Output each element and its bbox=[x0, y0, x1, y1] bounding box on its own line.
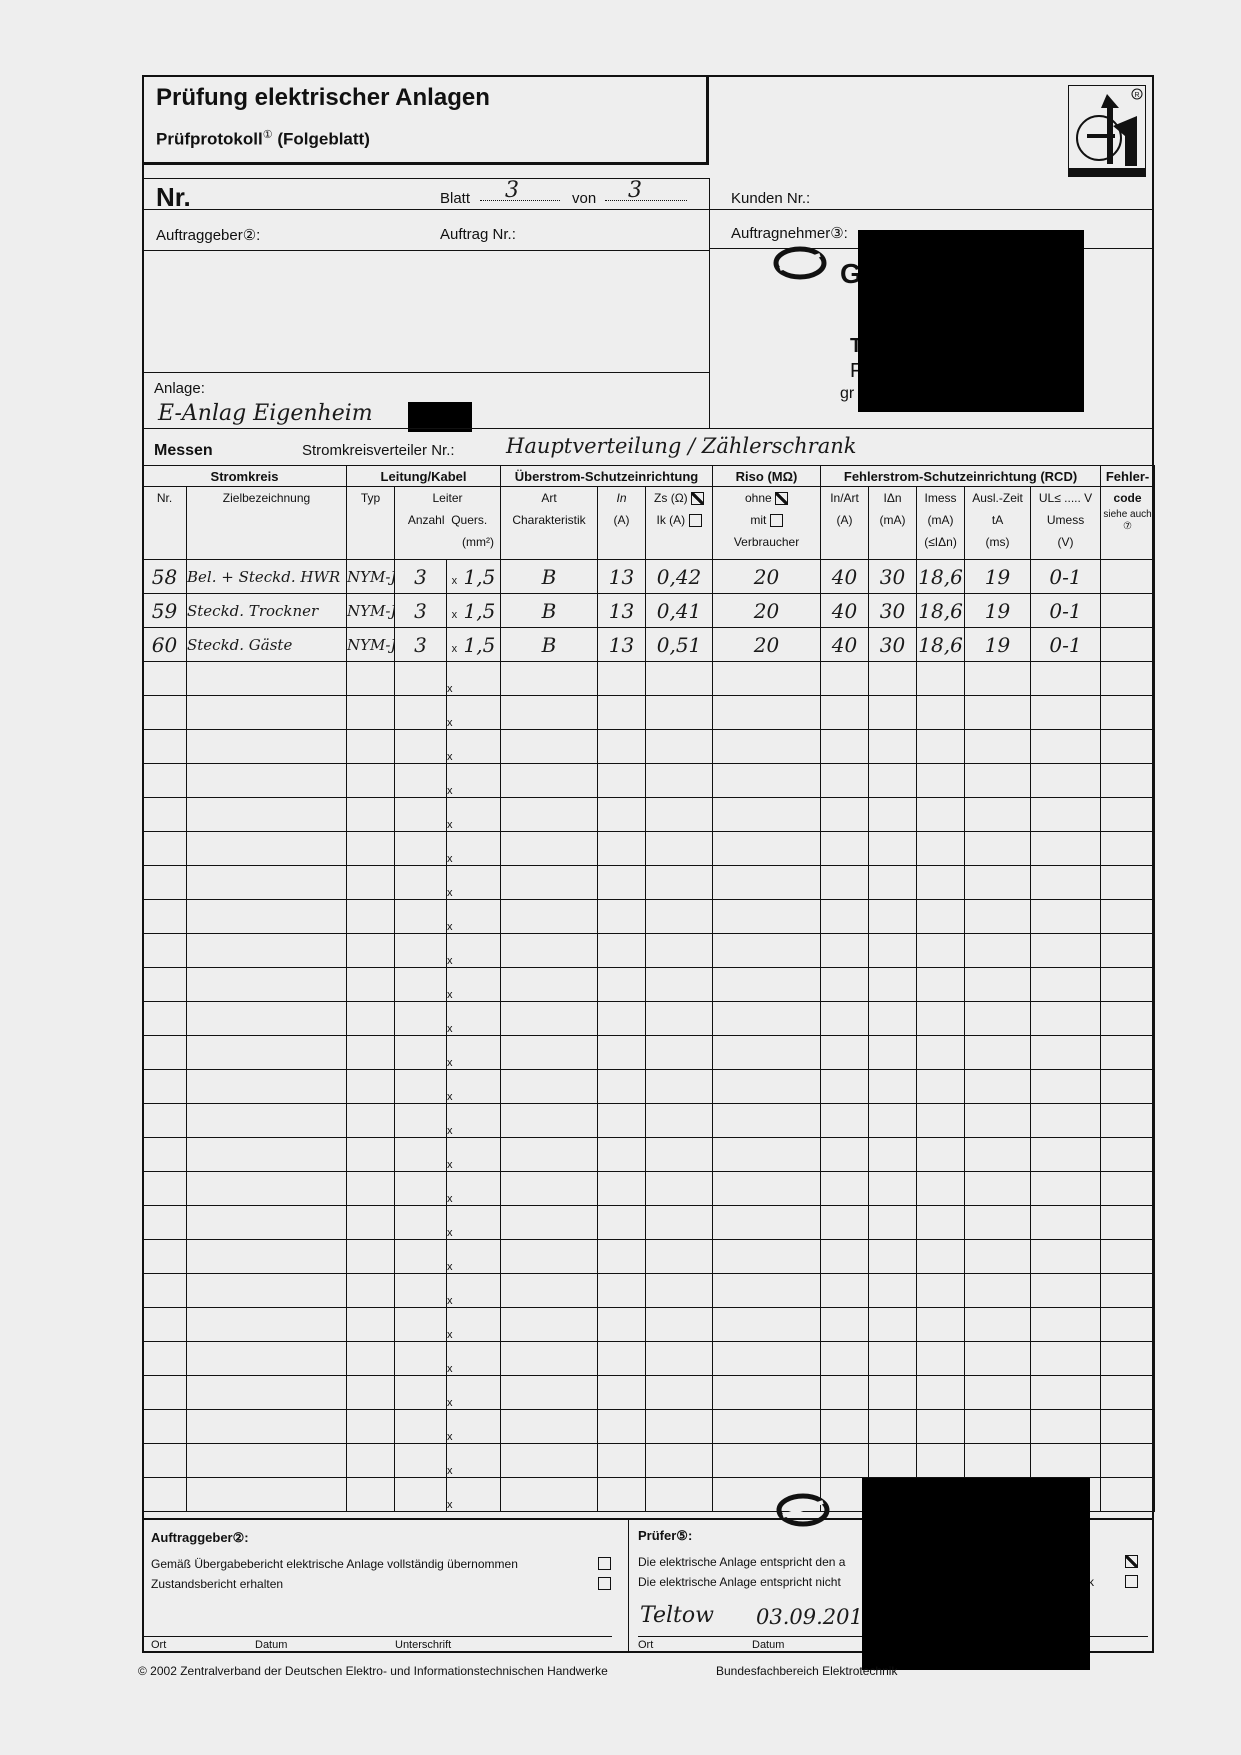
cell-riso[interactable] bbox=[713, 1240, 821, 1274]
cell-umess[interactable] bbox=[1031, 1070, 1101, 1104]
ohne-checkbox[interactable] bbox=[775, 492, 788, 505]
cell-typ[interactable] bbox=[347, 1342, 395, 1376]
cell-idn[interactable] bbox=[869, 764, 917, 798]
cell-ta[interactable] bbox=[965, 1172, 1031, 1206]
cell-quers[interactable]: x bbox=[447, 730, 501, 764]
cell-anzahl[interactable] bbox=[395, 832, 447, 866]
cell-anzahl[interactable] bbox=[395, 1104, 447, 1138]
cell-ziel[interactable] bbox=[187, 968, 347, 1002]
cell-riso[interactable] bbox=[713, 866, 821, 900]
cell-art[interactable] bbox=[501, 730, 598, 764]
cell-ta[interactable] bbox=[965, 934, 1031, 968]
cell-imess[interactable] bbox=[917, 696, 965, 730]
cell-rcd_in[interactable] bbox=[821, 1240, 869, 1274]
zustandsbericht-checkbox[interactable] bbox=[598, 1577, 611, 1590]
cell-idn[interactable] bbox=[869, 730, 917, 764]
cell-ziel[interactable] bbox=[187, 1308, 347, 1342]
cell-zs[interactable]: 0,42 bbox=[646, 560, 713, 594]
cell-ziel[interactable] bbox=[187, 764, 347, 798]
cell-nr[interactable] bbox=[143, 1478, 187, 1512]
mit-checkbox[interactable] bbox=[770, 514, 783, 527]
cell-code[interactable] bbox=[1101, 1240, 1155, 1274]
cell-nr[interactable] bbox=[143, 1308, 187, 1342]
cell-ziel[interactable] bbox=[187, 1036, 347, 1070]
cell-idn[interactable] bbox=[869, 968, 917, 1002]
cell-ziel[interactable] bbox=[187, 900, 347, 934]
cell-zs[interactable]: 0,41 bbox=[646, 594, 713, 628]
cell-art[interactable] bbox=[501, 1206, 598, 1240]
cell-code[interactable] bbox=[1101, 764, 1155, 798]
cell-ziel[interactable] bbox=[187, 662, 347, 696]
cell-quers[interactable]: x bbox=[447, 1002, 501, 1036]
cell-typ[interactable] bbox=[347, 1002, 395, 1036]
cell-ziel[interactable]: Steckd. Gäste bbox=[187, 628, 347, 662]
cell-anzahl[interactable] bbox=[395, 798, 447, 832]
cell-riso[interactable] bbox=[713, 1206, 821, 1240]
cell-idn[interactable] bbox=[869, 696, 917, 730]
cell-rcd_in[interactable]: 40 bbox=[821, 560, 869, 594]
cell-code[interactable] bbox=[1101, 1138, 1155, 1172]
cell-code[interactable] bbox=[1101, 628, 1155, 662]
cell-nr[interactable] bbox=[143, 1036, 187, 1070]
cell-anzahl[interactable] bbox=[395, 934, 447, 968]
cell-art[interactable] bbox=[501, 764, 598, 798]
cell-ta[interactable] bbox=[965, 696, 1031, 730]
cell-zs[interactable] bbox=[646, 1410, 713, 1444]
cell-ta[interactable]: 19 bbox=[965, 594, 1031, 628]
cell-idn[interactable] bbox=[869, 900, 917, 934]
cell-idn[interactable] bbox=[869, 1444, 917, 1478]
cell-typ[interactable] bbox=[347, 1104, 395, 1138]
cell-idn[interactable] bbox=[869, 1240, 917, 1274]
cell-code[interactable] bbox=[1101, 1410, 1155, 1444]
cell-zs[interactable] bbox=[646, 1070, 713, 1104]
cell-ta[interactable] bbox=[965, 1002, 1031, 1036]
cell-ta[interactable] bbox=[965, 798, 1031, 832]
cell-umess[interactable] bbox=[1031, 1206, 1101, 1240]
cell-typ[interactable] bbox=[347, 1036, 395, 1070]
cell-umess[interactable] bbox=[1031, 900, 1101, 934]
cell-quers[interactable]: x bbox=[447, 1376, 501, 1410]
cell-imess[interactable] bbox=[917, 866, 965, 900]
cell-nr[interactable]: 58 bbox=[143, 560, 187, 594]
cell-ziel[interactable] bbox=[187, 696, 347, 730]
cell-in[interactable] bbox=[598, 662, 646, 696]
cell-zs[interactable] bbox=[646, 1308, 713, 1342]
cell-quers[interactable]: x bbox=[447, 1172, 501, 1206]
cell-umess[interactable] bbox=[1031, 798, 1101, 832]
cell-nr[interactable] bbox=[143, 866, 187, 900]
cell-imess[interactable] bbox=[917, 662, 965, 696]
cell-rcd_in[interactable] bbox=[821, 798, 869, 832]
cell-art[interactable] bbox=[501, 1478, 598, 1512]
cell-ziel[interactable] bbox=[187, 1240, 347, 1274]
cell-ta[interactable] bbox=[965, 1444, 1031, 1478]
cell-idn[interactable] bbox=[869, 1172, 917, 1206]
cell-typ[interactable] bbox=[347, 1410, 395, 1444]
cell-typ[interactable] bbox=[347, 1444, 395, 1478]
cell-ta[interactable] bbox=[965, 1376, 1031, 1410]
cell-riso[interactable] bbox=[713, 1308, 821, 1342]
cell-idn[interactable] bbox=[869, 1206, 917, 1240]
cell-anzahl[interactable] bbox=[395, 1342, 447, 1376]
cell-rcd_in[interactable] bbox=[821, 1274, 869, 1308]
cell-rcd_in[interactable] bbox=[821, 934, 869, 968]
cell-art[interactable] bbox=[501, 798, 598, 832]
cell-idn[interactable] bbox=[869, 1308, 917, 1342]
cell-typ[interactable] bbox=[347, 900, 395, 934]
cell-ziel[interactable] bbox=[187, 1376, 347, 1410]
cell-typ[interactable]: NYM-J bbox=[347, 628, 395, 662]
cell-zs[interactable] bbox=[646, 798, 713, 832]
cell-anzahl[interactable] bbox=[395, 696, 447, 730]
cell-riso[interactable] bbox=[713, 696, 821, 730]
cell-nr[interactable] bbox=[143, 1376, 187, 1410]
cell-zs[interactable] bbox=[646, 1342, 713, 1376]
cell-in[interactable] bbox=[598, 1240, 646, 1274]
cell-ziel[interactable] bbox=[187, 1138, 347, 1172]
cell-code[interactable] bbox=[1101, 1444, 1155, 1478]
cell-ziel[interactable] bbox=[187, 1274, 347, 1308]
cell-rcd_in[interactable]: 40 bbox=[821, 594, 869, 628]
cell-typ[interactable] bbox=[347, 968, 395, 1002]
cell-in[interactable] bbox=[598, 934, 646, 968]
cell-quers[interactable]: x bbox=[447, 798, 501, 832]
cell-ziel[interactable] bbox=[187, 1478, 347, 1512]
cell-umess[interactable] bbox=[1031, 1002, 1101, 1036]
cell-ziel[interactable] bbox=[187, 798, 347, 832]
cell-art[interactable] bbox=[501, 1376, 598, 1410]
cell-idn[interactable] bbox=[869, 1342, 917, 1376]
cell-quers[interactable]: x 1,5 bbox=[447, 594, 501, 628]
cell-quers[interactable]: x 1,5 bbox=[447, 628, 501, 662]
cell-ta[interactable] bbox=[965, 1104, 1031, 1138]
cell-quers[interactable]: x bbox=[447, 832, 501, 866]
cell-in[interactable] bbox=[598, 764, 646, 798]
cell-riso[interactable] bbox=[713, 662, 821, 696]
cell-typ[interactable] bbox=[347, 1206, 395, 1240]
cell-nr[interactable] bbox=[143, 1444, 187, 1478]
cell-ta[interactable] bbox=[965, 1206, 1031, 1240]
cell-in[interactable] bbox=[598, 1206, 646, 1240]
cell-ta[interactable] bbox=[965, 1342, 1031, 1376]
cell-imess[interactable] bbox=[917, 1172, 965, 1206]
cell-art[interactable] bbox=[501, 1274, 598, 1308]
cell-rcd_in[interactable] bbox=[821, 968, 869, 1002]
cell-code[interactable] bbox=[1101, 968, 1155, 1002]
cell-riso[interactable] bbox=[713, 1036, 821, 1070]
uebernommen-checkbox[interactable] bbox=[598, 1557, 611, 1570]
cell-zs[interactable] bbox=[646, 1172, 713, 1206]
cell-ta[interactable] bbox=[965, 1240, 1031, 1274]
cell-imess[interactable] bbox=[917, 1002, 965, 1036]
cell-riso[interactable] bbox=[713, 1274, 821, 1308]
cell-typ[interactable] bbox=[347, 1070, 395, 1104]
cell-anzahl[interactable] bbox=[395, 1206, 447, 1240]
cell-code[interactable] bbox=[1101, 1036, 1155, 1070]
cell-in[interactable]: 13 bbox=[598, 628, 646, 662]
cell-ziel[interactable] bbox=[187, 1070, 347, 1104]
cell-rcd_in[interactable] bbox=[821, 1002, 869, 1036]
cell-in[interactable] bbox=[598, 1376, 646, 1410]
cell-riso[interactable] bbox=[713, 764, 821, 798]
cell-zs[interactable] bbox=[646, 968, 713, 1002]
cell-idn[interactable]: 30 bbox=[869, 560, 917, 594]
cell-art[interactable]: B bbox=[501, 560, 598, 594]
cell-riso[interactable] bbox=[713, 968, 821, 1002]
cell-rcd_in[interactable] bbox=[821, 1342, 869, 1376]
cell-umess[interactable] bbox=[1031, 934, 1101, 968]
pruefer-entspricht-checkbox[interactable] bbox=[1125, 1555, 1138, 1568]
cell-quers[interactable]: x bbox=[447, 1410, 501, 1444]
cell-umess[interactable] bbox=[1031, 832, 1101, 866]
cell-imess[interactable] bbox=[917, 900, 965, 934]
cell-code[interactable] bbox=[1101, 1308, 1155, 1342]
cell-umess[interactable] bbox=[1031, 1376, 1101, 1410]
cell-umess[interactable] bbox=[1031, 1410, 1101, 1444]
cell-riso[interactable] bbox=[713, 730, 821, 764]
cell-quers[interactable]: x bbox=[447, 1206, 501, 1240]
cell-typ[interactable] bbox=[347, 1138, 395, 1172]
cell-umess[interactable] bbox=[1031, 696, 1101, 730]
cell-umess[interactable] bbox=[1031, 1036, 1101, 1070]
cell-nr[interactable] bbox=[143, 934, 187, 968]
cell-imess[interactable] bbox=[917, 1444, 965, 1478]
cell-typ[interactable] bbox=[347, 934, 395, 968]
cell-anzahl[interactable] bbox=[395, 662, 447, 696]
cell-riso[interactable] bbox=[713, 1138, 821, 1172]
cell-code[interactable] bbox=[1101, 1274, 1155, 1308]
blatt-field[interactable] bbox=[480, 200, 560, 201]
cell-zs[interactable] bbox=[646, 1376, 713, 1410]
cell-imess[interactable] bbox=[917, 1138, 965, 1172]
cell-nr[interactable] bbox=[143, 764, 187, 798]
cell-ta[interactable] bbox=[965, 1070, 1031, 1104]
cell-umess[interactable]: 0-1 bbox=[1031, 628, 1101, 662]
cell-rcd_in[interactable] bbox=[821, 1172, 869, 1206]
cell-code[interactable] bbox=[1101, 832, 1155, 866]
cell-imess[interactable] bbox=[917, 1206, 965, 1240]
cell-quers[interactable]: x bbox=[447, 1104, 501, 1138]
cell-anzahl[interactable]: 3 bbox=[395, 628, 447, 662]
cell-rcd_in[interactable] bbox=[821, 1104, 869, 1138]
cell-imess[interactable] bbox=[917, 934, 965, 968]
cell-riso[interactable] bbox=[713, 1002, 821, 1036]
cell-in[interactable] bbox=[598, 1172, 646, 1206]
cell-art[interactable] bbox=[501, 1070, 598, 1104]
cell-imess[interactable]: 18,6 bbox=[917, 628, 965, 662]
cell-ziel[interactable] bbox=[187, 1104, 347, 1138]
cell-art[interactable] bbox=[501, 900, 598, 934]
cell-ziel[interactable] bbox=[187, 866, 347, 900]
cell-rcd_in[interactable] bbox=[821, 1308, 869, 1342]
cell-riso[interactable] bbox=[713, 1410, 821, 1444]
cell-rcd_in[interactable] bbox=[821, 832, 869, 866]
cell-umess[interactable]: 0-1 bbox=[1031, 560, 1101, 594]
cell-anzahl[interactable] bbox=[395, 1478, 447, 1512]
cell-art[interactable] bbox=[501, 1104, 598, 1138]
cell-umess[interactable] bbox=[1031, 1274, 1101, 1308]
cell-typ[interactable] bbox=[347, 798, 395, 832]
cell-zs[interactable] bbox=[646, 696, 713, 730]
cell-nr[interactable]: 59 bbox=[143, 594, 187, 628]
cell-zs[interactable] bbox=[646, 1274, 713, 1308]
cell-art[interactable] bbox=[501, 1410, 598, 1444]
cell-nr[interactable] bbox=[143, 1274, 187, 1308]
cell-zs[interactable] bbox=[646, 832, 713, 866]
cell-ziel[interactable] bbox=[187, 1002, 347, 1036]
cell-ta[interactable] bbox=[965, 730, 1031, 764]
cell-art[interactable]: B bbox=[501, 628, 598, 662]
cell-riso[interactable]: 20 bbox=[713, 628, 821, 662]
cell-nr[interactable] bbox=[143, 662, 187, 696]
cell-ziel[interactable]: Steckd. Trockner bbox=[187, 594, 347, 628]
cell-rcd_in[interactable] bbox=[821, 1206, 869, 1240]
cell-ziel[interactable] bbox=[187, 832, 347, 866]
cell-quers[interactable]: x bbox=[447, 764, 501, 798]
cell-art[interactable] bbox=[501, 832, 598, 866]
cell-ziel[interactable] bbox=[187, 1410, 347, 1444]
cell-rcd_in[interactable] bbox=[821, 764, 869, 798]
cell-anzahl[interactable] bbox=[395, 1444, 447, 1478]
cell-art[interactable]: B bbox=[501, 594, 598, 628]
cell-ta[interactable]: 19 bbox=[965, 628, 1031, 662]
cell-riso[interactable] bbox=[713, 1444, 821, 1478]
cell-nr[interactable] bbox=[143, 730, 187, 764]
cell-zs[interactable] bbox=[646, 866, 713, 900]
cell-imess[interactable] bbox=[917, 968, 965, 1002]
cell-code[interactable] bbox=[1101, 1342, 1155, 1376]
cell-quers[interactable]: x bbox=[447, 900, 501, 934]
cell-art[interactable] bbox=[501, 1138, 598, 1172]
cell-typ[interactable] bbox=[347, 866, 395, 900]
cell-nr[interactable] bbox=[143, 968, 187, 1002]
cell-in[interactable] bbox=[598, 968, 646, 1002]
cell-code[interactable] bbox=[1101, 934, 1155, 968]
cell-umess[interactable] bbox=[1031, 1240, 1101, 1274]
cell-rcd_in[interactable] bbox=[821, 866, 869, 900]
cell-zs[interactable] bbox=[646, 934, 713, 968]
cell-art[interactable] bbox=[501, 662, 598, 696]
cell-ziel[interactable] bbox=[187, 1172, 347, 1206]
cell-idn[interactable] bbox=[869, 866, 917, 900]
cell-code[interactable] bbox=[1101, 662, 1155, 696]
cell-rcd_in[interactable] bbox=[821, 1070, 869, 1104]
cell-in[interactable] bbox=[598, 1104, 646, 1138]
cell-ziel[interactable] bbox=[187, 1342, 347, 1376]
cell-code[interactable] bbox=[1101, 696, 1155, 730]
cell-typ[interactable] bbox=[347, 662, 395, 696]
cell-zs[interactable] bbox=[646, 1138, 713, 1172]
cell-rcd_in[interactable] bbox=[821, 1036, 869, 1070]
cell-rcd_in[interactable] bbox=[821, 730, 869, 764]
cell-imess[interactable] bbox=[917, 1070, 965, 1104]
cell-nr[interactable] bbox=[143, 1070, 187, 1104]
cell-code[interactable] bbox=[1101, 1070, 1155, 1104]
cell-umess[interactable] bbox=[1031, 764, 1101, 798]
cell-code[interactable] bbox=[1101, 730, 1155, 764]
cell-ta[interactable] bbox=[965, 764, 1031, 798]
cell-riso[interactable] bbox=[713, 1172, 821, 1206]
cell-art[interactable] bbox=[501, 1172, 598, 1206]
cell-ta[interactable] bbox=[965, 1410, 1031, 1444]
cell-zs[interactable] bbox=[646, 1104, 713, 1138]
cell-imess[interactable] bbox=[917, 730, 965, 764]
cell-code[interactable] bbox=[1101, 1206, 1155, 1240]
cell-rcd_in[interactable] bbox=[821, 1410, 869, 1444]
cell-nr[interactable] bbox=[143, 1002, 187, 1036]
cell-umess[interactable] bbox=[1031, 1172, 1101, 1206]
cell-quers[interactable]: x bbox=[447, 1274, 501, 1308]
cell-code[interactable] bbox=[1101, 1478, 1155, 1512]
cell-quers[interactable]: x bbox=[447, 662, 501, 696]
cell-anzahl[interactable] bbox=[395, 1070, 447, 1104]
cell-riso[interactable] bbox=[713, 1376, 821, 1410]
ik-checkbox[interactable] bbox=[689, 514, 702, 527]
cell-imess[interactable] bbox=[917, 1376, 965, 1410]
cell-in[interactable] bbox=[598, 696, 646, 730]
cell-quers[interactable]: x bbox=[447, 1036, 501, 1070]
cell-quers[interactable]: x bbox=[447, 1240, 501, 1274]
cell-anzahl[interactable] bbox=[395, 764, 447, 798]
cell-code[interactable] bbox=[1101, 1002, 1155, 1036]
cell-quers[interactable]: x bbox=[447, 696, 501, 730]
cell-in[interactable] bbox=[598, 730, 646, 764]
cell-riso[interactable]: 20 bbox=[713, 560, 821, 594]
cell-ta[interactable] bbox=[965, 1036, 1031, 1070]
cell-in[interactable]: 13 bbox=[598, 560, 646, 594]
cell-anzahl[interactable]: 3 bbox=[395, 594, 447, 628]
cell-zs[interactable] bbox=[646, 1002, 713, 1036]
cell-imess[interactable]: 18,6 bbox=[917, 594, 965, 628]
cell-in[interactable] bbox=[598, 1410, 646, 1444]
cell-quers[interactable]: x bbox=[447, 1478, 501, 1512]
cell-in[interactable] bbox=[598, 1342, 646, 1376]
cell-anzahl[interactable] bbox=[395, 1376, 447, 1410]
cell-rcd_in[interactable] bbox=[821, 1376, 869, 1410]
cell-zs[interactable] bbox=[646, 1206, 713, 1240]
cell-quers[interactable]: x bbox=[447, 1342, 501, 1376]
cell-zs[interactable] bbox=[646, 764, 713, 798]
cell-typ[interactable]: NYM-J bbox=[347, 594, 395, 628]
cell-art[interactable] bbox=[501, 1444, 598, 1478]
cell-typ[interactable] bbox=[347, 696, 395, 730]
cell-zs[interactable]: 0,51 bbox=[646, 628, 713, 662]
cell-ziel[interactable] bbox=[187, 1206, 347, 1240]
cell-zs[interactable] bbox=[646, 662, 713, 696]
cell-riso[interactable] bbox=[713, 1070, 821, 1104]
cell-nr[interactable] bbox=[143, 1138, 187, 1172]
cell-in[interactable] bbox=[598, 900, 646, 934]
cell-in[interactable] bbox=[598, 1478, 646, 1512]
cell-in[interactable] bbox=[598, 798, 646, 832]
cell-quers[interactable]: x bbox=[447, 1308, 501, 1342]
cell-umess[interactable] bbox=[1031, 1342, 1101, 1376]
cell-umess[interactable] bbox=[1031, 1308, 1101, 1342]
cell-nr[interactable] bbox=[143, 696, 187, 730]
cell-imess[interactable] bbox=[917, 1104, 965, 1138]
cell-ta[interactable] bbox=[965, 1308, 1031, 1342]
cell-anzahl[interactable] bbox=[395, 900, 447, 934]
cell-anzahl[interactable] bbox=[395, 1308, 447, 1342]
cell-imess[interactable] bbox=[917, 1308, 965, 1342]
cell-anzahl[interactable]: 3 bbox=[395, 560, 447, 594]
cell-in[interactable] bbox=[598, 1308, 646, 1342]
cell-anzahl[interactable] bbox=[395, 1274, 447, 1308]
cell-idn[interactable] bbox=[869, 832, 917, 866]
cell-anzahl[interactable] bbox=[395, 866, 447, 900]
cell-code[interactable] bbox=[1101, 560, 1155, 594]
